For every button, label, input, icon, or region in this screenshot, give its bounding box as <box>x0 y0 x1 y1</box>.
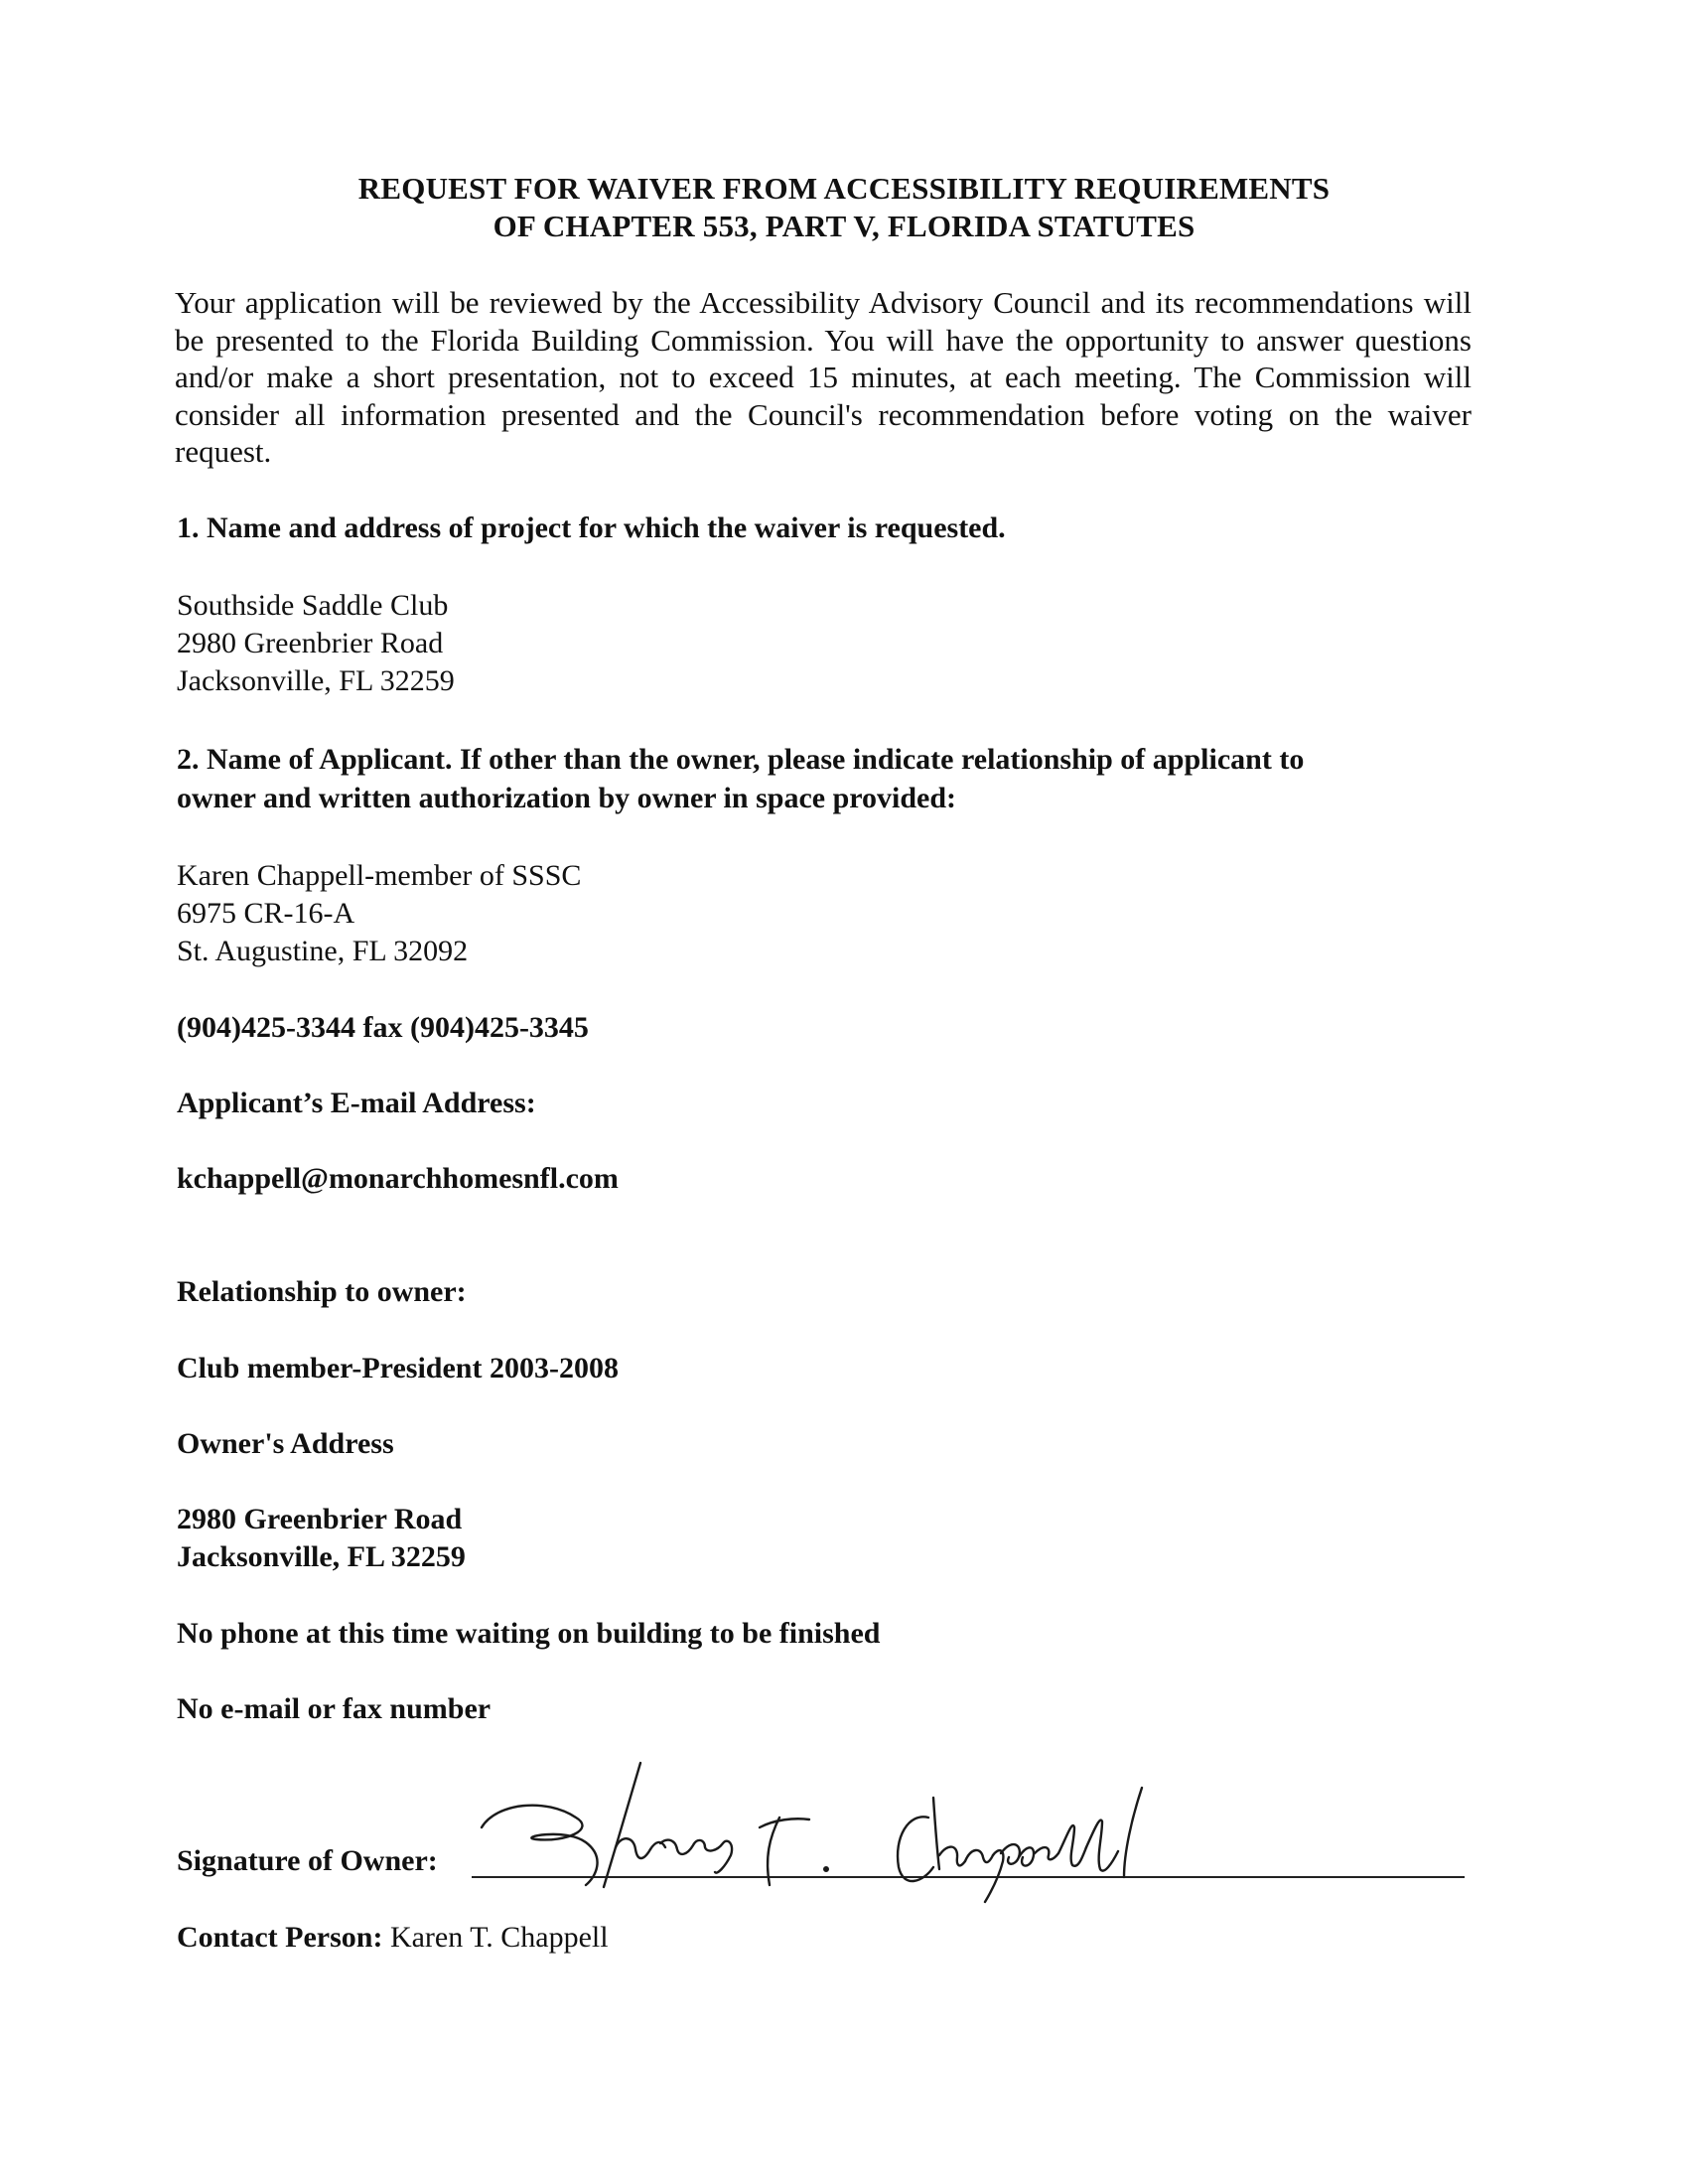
project-city: Jacksonville, FL 32259 <box>177 664 455 698</box>
email-label: Applicant’s E-mail Address: <box>177 1087 536 1120</box>
owner-city: Jacksonville, FL 32259 <box>177 1540 466 1574</box>
relationship-label: Relationship to owner: <box>177 1275 467 1309</box>
no-email-note: No e-mail or fax number <box>177 1692 491 1726</box>
applicant-street: 6975 CR-16-A <box>177 897 354 931</box>
applicant-email: kchappell@monarchhomesnfl.com <box>177 1162 619 1196</box>
section-1-heading: 1. Name and address of project for which… <box>177 511 1006 545</box>
applicant-phone-fax: (904)425-3344 fax (904)425-3345 <box>177 1011 589 1045</box>
project-name: Southside Saddle Club <box>177 589 448 623</box>
owner-street: 2980 Greenbrier Road <box>177 1503 462 1536</box>
document-title-line-2: OF CHAPTER 553, PART V, FLORIDA STATUTES <box>0 209 1688 244</box>
section-2-heading-line-2: owner and written authorization by owner… <box>177 782 956 815</box>
applicant-city: St. Augustine, FL 32092 <box>177 935 468 968</box>
contact-person: Contact Person: Karen T. Chappell <box>177 1921 609 1955</box>
applicant-name: Karen Chappell-member of SSSC <box>177 859 581 893</box>
document-title-line-1: REQUEST FOR WAIVER FROM ACCESSIBILITY RE… <box>0 171 1688 207</box>
handwritten-signature <box>457 1758 1350 1907</box>
relationship-value: Club member-President 2003-2008 <box>177 1352 619 1385</box>
no-phone-note: No phone at this time waiting on buildin… <box>177 1617 880 1651</box>
signature-label: Signature of Owner: <box>177 1844 438 1878</box>
section-2-heading-line-1: 2. Name of Applicant. If other than the … <box>177 743 1304 777</box>
contact-person-label: Contact Person: <box>177 1921 382 1954</box>
owner-address-label: Owner's Address <box>177 1427 394 1461</box>
project-street: 2980 Greenbrier Road <box>177 627 443 660</box>
contact-person-name: Karen T. Chappell <box>390 1921 609 1954</box>
intro-paragraph: Your application will be reviewed by the… <box>175 284 1472 471</box>
